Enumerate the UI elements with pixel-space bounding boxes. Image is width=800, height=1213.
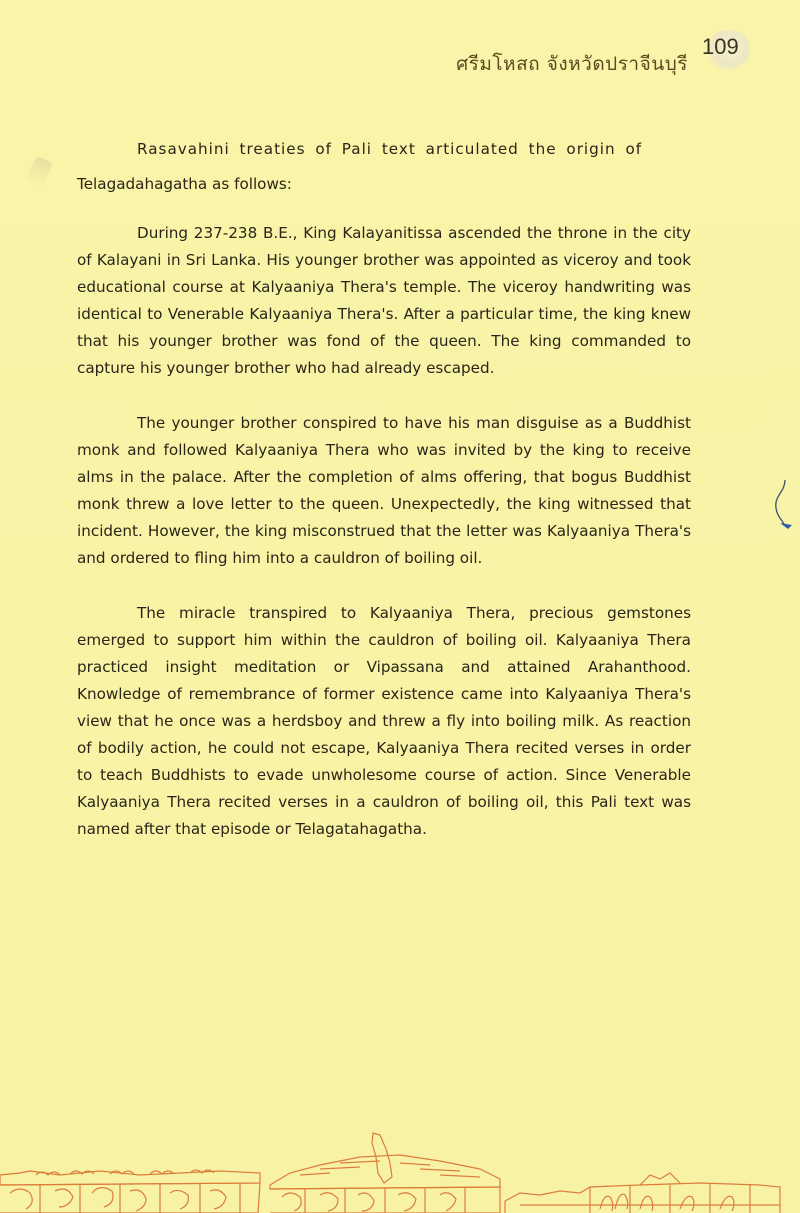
intro-line-continued: Telagadahagatha as follows: [77,171,691,198]
book-page: ศรีมโหสถ จังหวัดปราจีนบุรี 109 Rasavahin… [0,0,800,1213]
paragraph-3: The miracle transpired to Kalyaaniya The… [77,600,691,843]
page-number-block: 109 [702,34,748,70]
body-text: Rasavahini treaties of Pali text articul… [77,136,691,843]
intro-line: Rasavahini treaties of Pali text articul… [77,136,691,163]
temple-ruins-illustration [0,1113,800,1213]
paragraph-1: During 237-238 B.E., King Kalayanitissa … [77,220,691,382]
paragraph-2: The younger brother conspired to have hi… [77,410,691,572]
page-ribbon-mark-icon [770,478,794,532]
running-header: ศรีมโหสถ จังหวัดปราจีนบุรี 109 [456,34,748,79]
paper-smudge [25,156,53,189]
page-number: 109 [702,34,739,60]
header-title: ศรีมโหสถ จังหวัดปราจีนบุรี [456,49,688,79]
